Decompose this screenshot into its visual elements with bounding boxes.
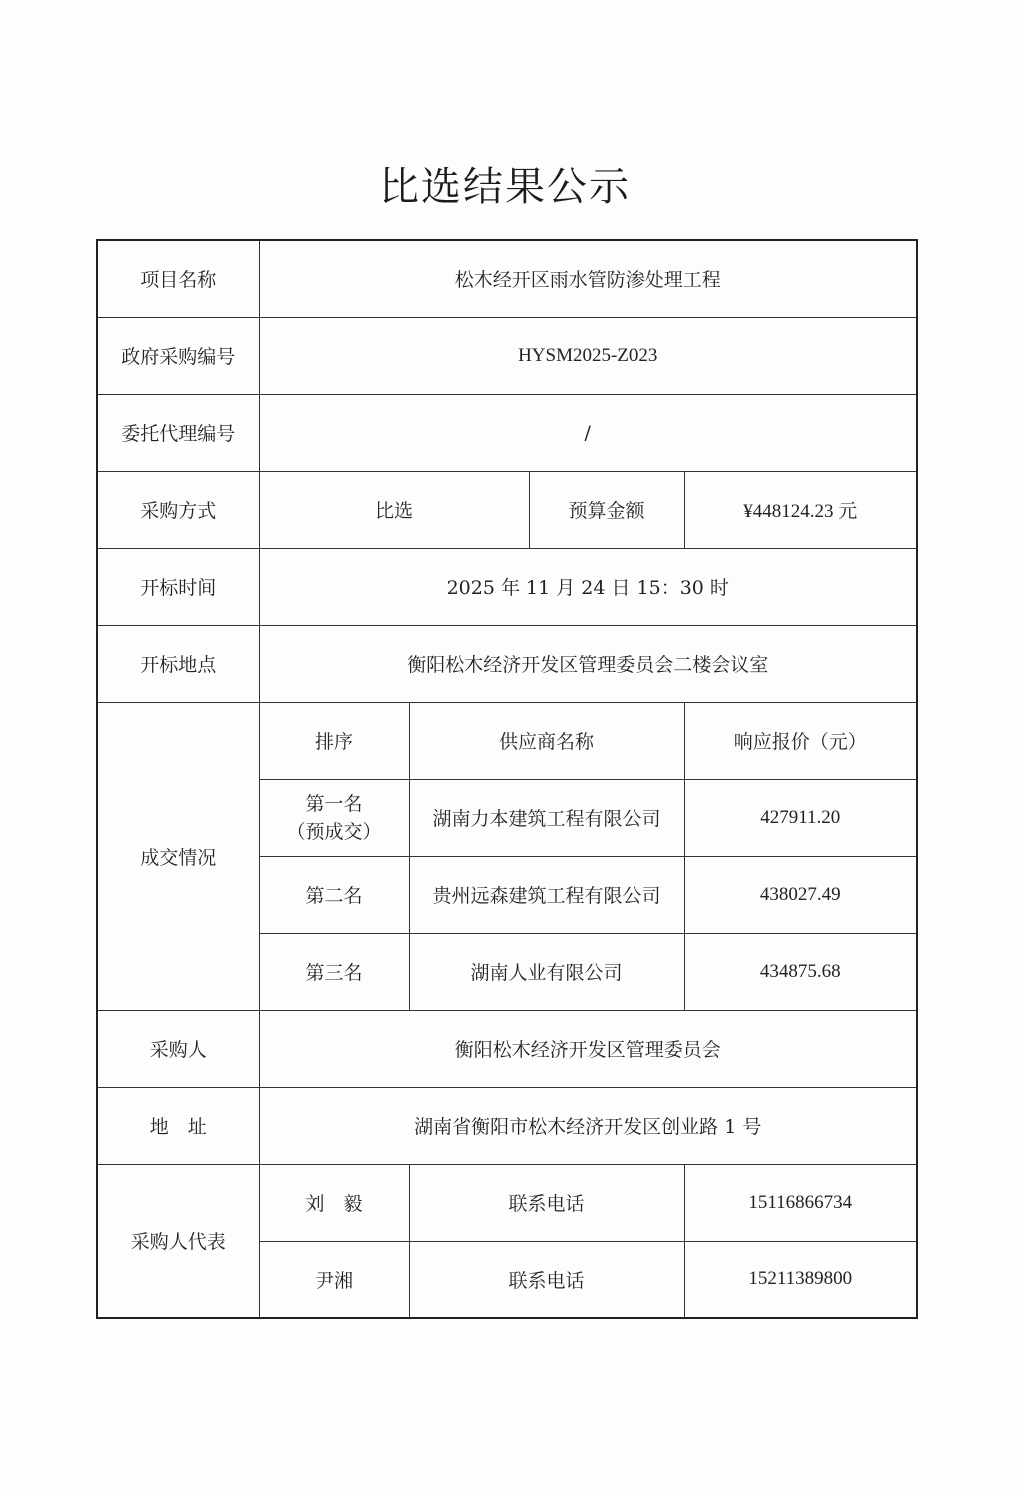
row-opening-place: 开标地点 衡阳松木经济开发区管理委员会二楼会议室 [97, 625, 917, 702]
document-page: 比选结果公示 项目名称 松木经开区雨水管防渗处理工程 政府采购编号 HYSM20… [0, 0, 1024, 1495]
page-title: 比选结果公示 [0, 155, 1010, 212]
rank: 第一名 [260, 790, 409, 818]
gov-procurement-no-label: 政府采购编号 [97, 317, 259, 394]
row-agency-no: 委托代理编号 / [97, 394, 917, 471]
procurement-method-value: 比选 [259, 471, 529, 548]
opening-time-value: 2025 年 11 月 24 日 15：30 时 [259, 548, 917, 625]
address-value: 湖南省衡阳市松木经济开发区创业路 1 号 [259, 1087, 917, 1164]
result-table: 项目名称 松木经开区雨水管防渗处理工程 政府采购编号 HYSM2025-Z023… [96, 239, 918, 1319]
project-name-value: 松木经开区雨水管防渗处理工程 [259, 240, 917, 317]
header-price: 响应报价（元） [684, 702, 917, 779]
project-name-label: 项目名称 [97, 240, 259, 317]
results-label: 成交情况 [97, 702, 259, 1010]
row-method-budget: 采购方式 比选 预算金额 ¥448124.23 元 [97, 471, 917, 548]
opening-time-label: 开标时间 [97, 548, 259, 625]
header-supplier: 供应商名称 [409, 702, 684, 779]
budget-value: ¥448124.23 元 [684, 471, 917, 548]
budget-label: 预算金额 [529, 471, 684, 548]
opening-place-label: 开标地点 [97, 625, 259, 702]
row-address: 地 址 湖南省衡阳市松木经济开发区创业路 1 号 [97, 1087, 917, 1164]
rank-note: （预成交） [260, 818, 409, 846]
header-rank: 排序 [259, 702, 409, 779]
rank: 第二名 [259, 856, 409, 933]
row-gov-procurement-no: 政府采购编号 HYSM2025-Z023 [97, 317, 917, 394]
representative-phone: 15211389800 [684, 1241, 917, 1318]
price: 434875.68 [684, 933, 917, 1010]
agency-no-label: 委托代理编号 [97, 394, 259, 471]
agency-no-value: / [259, 394, 917, 471]
results-header-row: 成交情况 排序 供应商名称 响应报价（元） [97, 702, 917, 779]
representative-name: 尹湘 [259, 1241, 409, 1318]
purchaser-label: 采购人 [97, 1010, 259, 1087]
price: 427911.20 [684, 779, 917, 856]
price: 438027.49 [684, 856, 917, 933]
row-opening-time: 开标时间 2025 年 11 月 24 日 15：30 时 [97, 548, 917, 625]
representative-name: 刘 毅 [259, 1164, 409, 1241]
rank-cell: 第一名 （预成交） [259, 779, 409, 856]
address-label: 地 址 [97, 1087, 259, 1164]
gov-procurement-no-value: HYSM2025-Z023 [259, 317, 917, 394]
representatives-label: 采购人代表 [97, 1164, 259, 1318]
supplier-name: 贵州远森建筑工程有限公司 [409, 856, 684, 933]
contact-label: 联系电话 [409, 1164, 684, 1241]
supplier-name: 湖南人业有限公司 [409, 933, 684, 1010]
procurement-method-label: 采购方式 [97, 471, 259, 548]
purchaser-value: 衡阳松木经济开发区管理委员会 [259, 1010, 917, 1087]
row-purchaser: 采购人 衡阳松木经济开发区管理委员会 [97, 1010, 917, 1087]
supplier-name: 湖南力本建筑工程有限公司 [409, 779, 684, 856]
contact-label: 联系电话 [409, 1241, 684, 1318]
representative-row: 采购人代表 刘 毅 联系电话 15116866734 [97, 1164, 917, 1241]
row-project-name: 项目名称 松木经开区雨水管防渗处理工程 [97, 240, 917, 317]
rank: 第三名 [259, 933, 409, 1010]
opening-place-value: 衡阳松木经济开发区管理委员会二楼会议室 [259, 625, 917, 702]
representative-phone: 15116866734 [684, 1164, 917, 1241]
